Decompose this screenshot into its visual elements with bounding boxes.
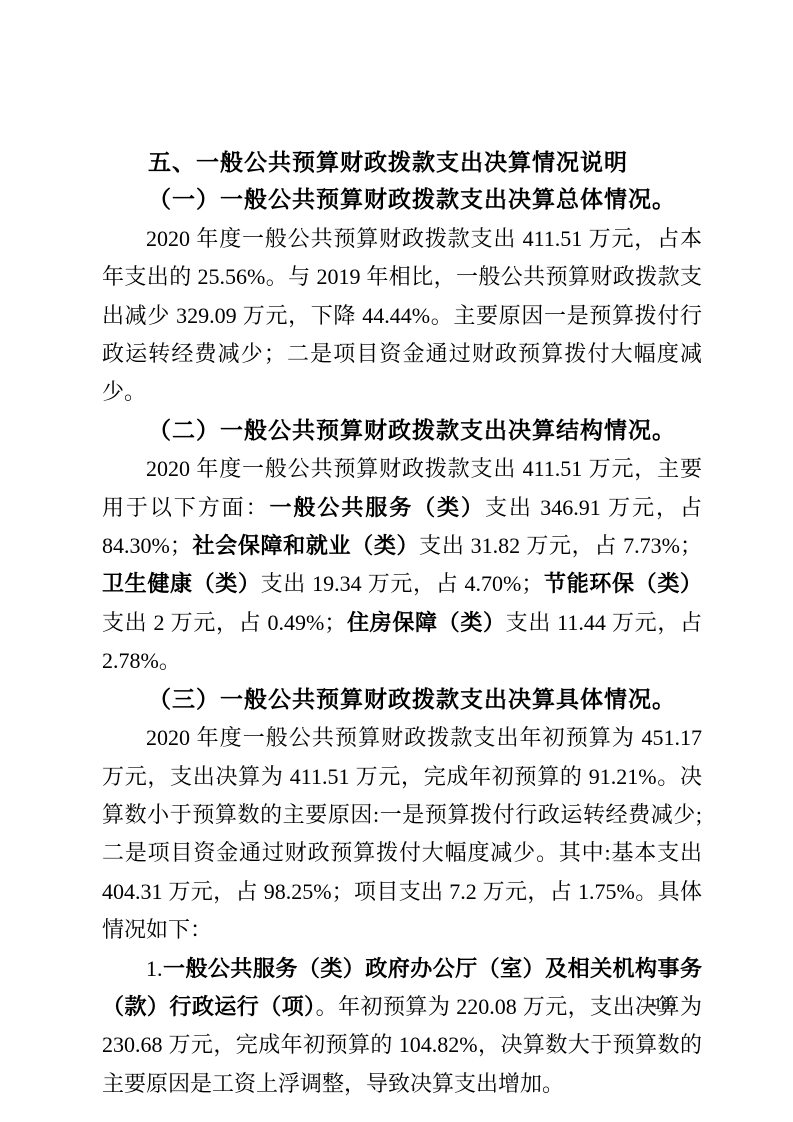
category-energy-conservation: 节能环保（类）: [543, 571, 702, 596]
category-social-security-employment: 社会保障和就业（类）: [192, 533, 419, 558]
paragraph-overall-situation: 2020 年度一般公共预算财政拨款支出 411.51 万元，占本年支出的 25.…: [102, 220, 702, 412]
category-health: 卫生健康（类）: [102, 571, 261, 596]
paragraph-text: 2020 年度一般公共预算财政拨款支出 411.51 万元，占本年支出的 25.…: [102, 226, 702, 405]
paragraph-item-1: 1.一般公共服务（类）政府办公厅（室）及相关机构事务（款）行政运行（项）。年初预…: [102, 950, 702, 1104]
subsection-heading-2: （二）一般公共预算财政拨款支出决算结构情况。: [102, 412, 702, 450]
page-number: -14-: [648, 995, 676, 1013]
paragraph-structure-breakdown: 2020 年度一般公共预算财政拨款支出 411.51 万元，主要用于以下方面：一…: [102, 450, 702, 680]
paragraph-specific-situation: 2020 年度一般公共预算财政拨款支出年初预算为 451.17 万元，支出决算为…: [102, 719, 702, 949]
paragraph-text: 支出 31.82 万元，占 7.73%；: [419, 533, 702, 558]
document-page: 五、一般公共预算财政拨款支出决算情况说明 （一）一般公共预算财政拨款支出决算总体…: [0, 0, 793, 1122]
paragraph-text: 2020 年度一般公共预算财政拨款支出年初预算为 451.17 万元，支出决算为…: [102, 725, 702, 942]
category-housing-security: 住房保障（类）: [346, 610, 505, 635]
subsection-heading-3: （三）一般公共预算财政拨款支出决算具体情况。: [102, 681, 702, 719]
paragraph-text: 支出 19.34 万元，占 4.70%；: [261, 571, 544, 596]
item-number: 1.: [146, 956, 163, 981]
section-heading-level1: 五、一般公共预算财政拨款支出决算情况说明: [102, 143, 702, 181]
document-body: 五、一般公共预算财政拨款支出决算情况说明 （一）一般公共预算财政拨款支出决算总体…: [102, 143, 702, 1103]
paragraph-text: 支出 2 万元，占 0.49%；: [102, 610, 346, 635]
category-general-public-services: 一般公共服务（类）: [270, 495, 485, 520]
subsection-heading-1: （一）一般公共预算财政拨款支出决算总体情况。: [102, 181, 702, 219]
